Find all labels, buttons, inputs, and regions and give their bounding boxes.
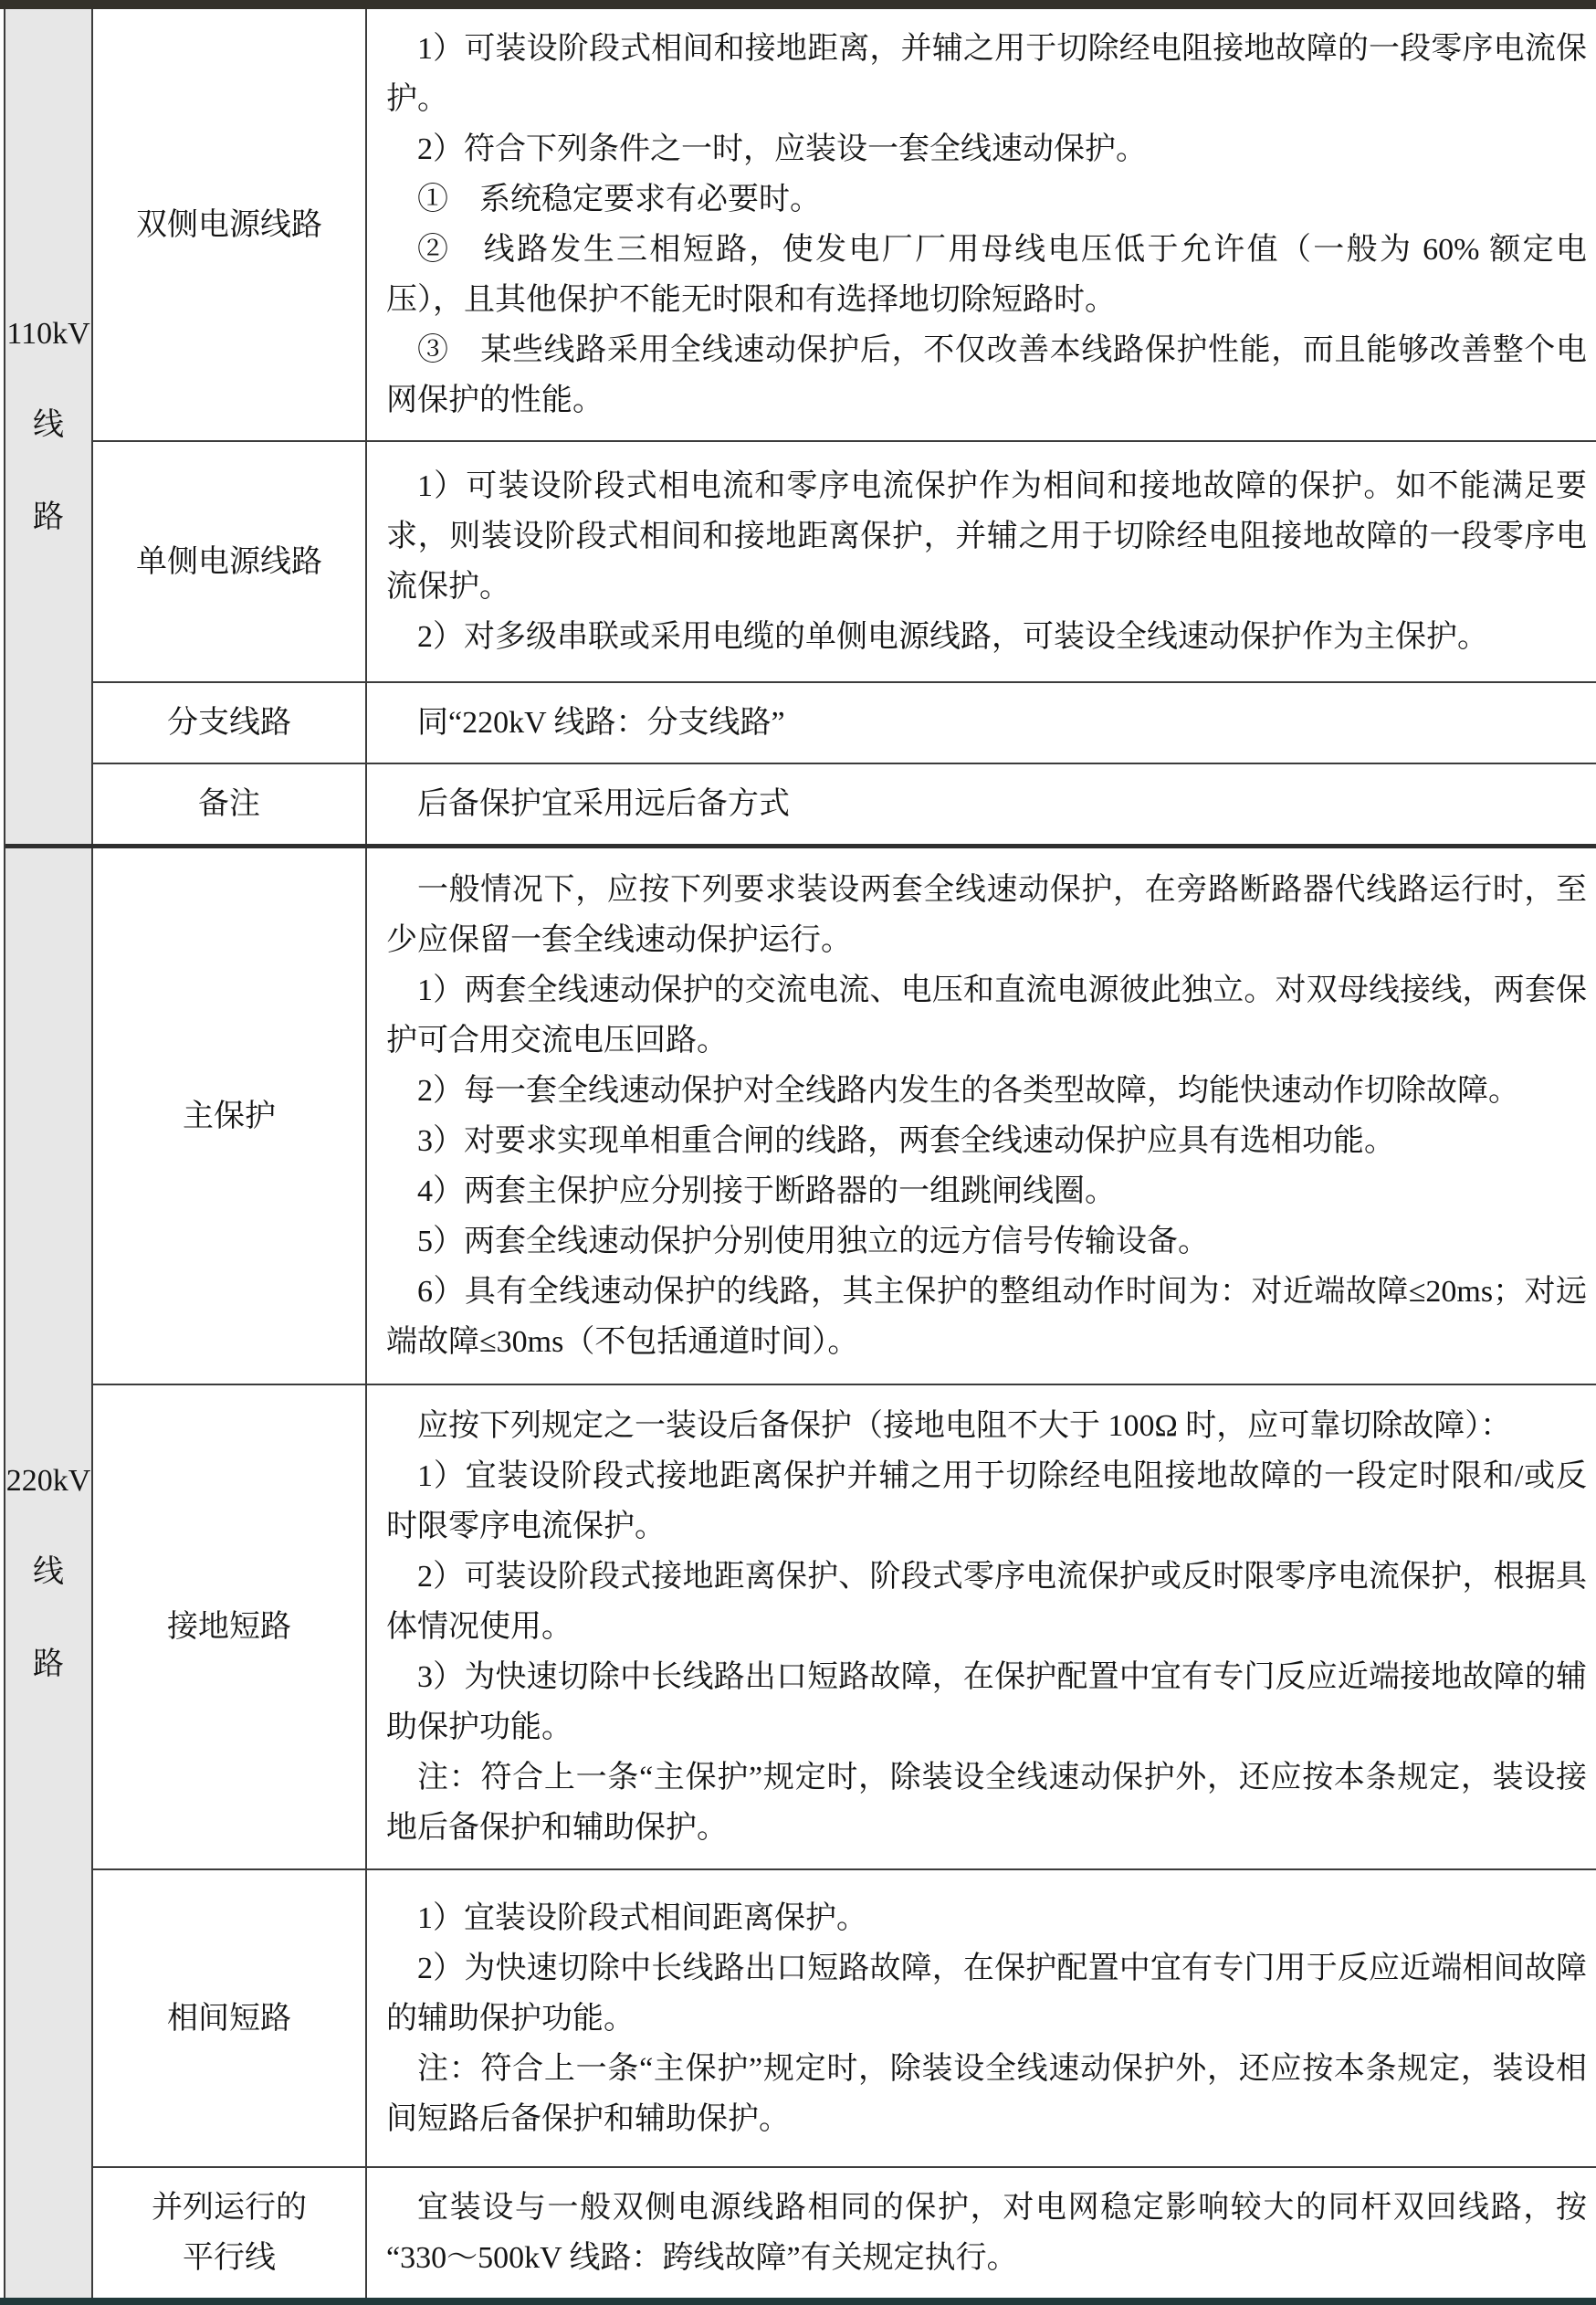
paragraph: 应按下列规定之一装设后备保护（接地电阻不大于 100Ω 时，应可靠切除故障）： <box>386 1401 1587 1451</box>
row-label-double-source-line: 双侧电源线路 <box>93 9 367 440</box>
section-110kv-lines: 110kV 线 路 双侧电源线路 1）可装设阶段式相间和接地距离，并辅之用于切除… <box>5 9 1596 844</box>
row-label-ground-fault: 接地短路 <box>93 1384 367 1868</box>
paragraph: ① 系统稳定要求有必要时。 <box>386 174 1587 225</box>
group-label-line: 路 <box>33 491 64 536</box>
group-label-line: 路 <box>33 1638 64 1683</box>
paragraph: 3）为快速切除中长线路出口短路故障，在保护配置中宜有专门反应近端接地故障的辅助保… <box>386 1652 1587 1752</box>
row-label-text: 单侧电源线路 <box>136 537 322 587</box>
row-content-single-source-line: 1）可装设阶段式相电流和零序电流保护作为相间和接地故障的保护。如不能满足要求，则… <box>367 440 1596 681</box>
paragraph: 5）两套全线速动保护分别使用独立的远方信号传输设备。 <box>386 1216 1587 1267</box>
group-label-line: 线 <box>33 399 64 444</box>
paragraph: 3）对要求实现单相重合闸的线路，两套全线速动保护应具有选相功能。 <box>386 1116 1587 1166</box>
paragraph: 1）可装设阶段式相间和接地距离，并辅之用于切除经电阻接地故障的一段零序电流保护。 <box>386 24 1587 124</box>
paragraph: 2）符合下列条件之一时，应装设一套全线速动保护。 <box>386 124 1587 174</box>
row-content-branch-line: 同“220kV 线路：分支线路” <box>367 681 1596 763</box>
row-label-phase-fault: 相间短路 <box>93 1868 367 2166</box>
paragraph: 2）可装设阶段式接地距离保护、阶段式零序电流保护或反时限零序电流保护，根据具体情… <box>386 1552 1587 1652</box>
paragraph: 1）两套全线速动保护的交流电流、电压和直流电源彼此独立。对双母线接线，两套保护可… <box>386 965 1587 1066</box>
row-label-text: 相间短路 <box>167 1994 291 2044</box>
row-label-text: 平行线 <box>183 2233 276 2283</box>
paragraph: 一般情况下，应按下列要求装设两套全线速动保护，在旁路断路器代线路运行时，至少应保… <box>386 865 1587 965</box>
paragraph: 2）每一套全线速动保护对全线路内发生的各类型故障，均能快速动作切除故障。 <box>386 1066 1587 1116</box>
group-label-line: 110kV <box>6 317 89 352</box>
paragraph: 4）两套主保护应分别接于断路器的一组跳闸线圈。 <box>386 1166 1587 1216</box>
row-content-phase-fault: 1）宜装设阶段式相间距离保护。 2）为快速切除中长线路出口短路故障，在保护配置中… <box>367 1868 1596 2166</box>
row-content-remarks: 后备保护宜采用远后备方式 <box>367 763 1596 844</box>
paragraph: 1）可装设阶段式相电流和零序电流保护作为相间和接地故障的保护。如不能满足要求，则… <box>386 461 1587 612</box>
paragraph: ② 线路发生三相短路，使发电厂厂用母线电压低于允许值（一般为 60% 额定电压）… <box>386 225 1587 325</box>
paragraph: 注：符合上一条“主保护”规定时，除装设全线速动保护外，还应按本条规定，装设相间短… <box>386 2044 1587 2144</box>
top-crop-band <box>0 0 1596 9</box>
paragraph: 2）对多级串联或采用电缆的单侧电源线路，可装设全线速动保护作为主保护。 <box>386 612 1587 662</box>
row-label-text: 双侧电源线路 <box>136 200 322 250</box>
document-page: 110kV 线 路 双侧电源线路 1）可装设阶段式相间和接地距离，并辅之用于切除… <box>0 0 1596 2305</box>
group-label-line: 220kV <box>6 1464 91 1499</box>
paragraph: 1）宜装设阶段式相间距离保护。 <box>386 1893 1587 1943</box>
row-label-text: 并列运行的 <box>152 2183 307 2233</box>
paragraph: 2）为快速切除中长线路出口短路故障，在保护配置中宜有专门用于反应近端相间故障的辅… <box>386 1943 1587 2044</box>
paragraph: ③ 某些线路采用全线速动保护后，不仅改善本线路保护性能，而且能够改善整个电网保护… <box>386 325 1587 426</box>
row-label-main-protection: 主保护 <box>93 848 367 1384</box>
row-label-remarks: 备注 <box>93 763 367 844</box>
paragraph: 后备保护宜采用远后备方式 <box>386 779 1587 829</box>
paragraph: 同“220kV 线路：分支线路” <box>386 698 1587 748</box>
paragraph: 6）具有全线速动保护的线路，其主保护的整组动作时间为：对近端故障≤20ms；对远… <box>386 1267 1587 1367</box>
row-label-branch-line: 分支线路 <box>93 681 367 763</box>
group-label-220kv: 220kV 线 路 <box>5 848 93 2298</box>
paragraph: 宜装设与一般双侧电源线路相同的保护，对电网稳定影响较大的同杆双回线路，按“330… <box>386 2183 1587 2283</box>
row-label-text: 备注 <box>198 779 260 829</box>
row-label-single-source-line: 单侧电源线路 <box>93 440 367 681</box>
bottom-crop-band <box>0 2298 1596 2305</box>
row-content-ground-fault: 应按下列规定之一装设后备保护（接地电阻不大于 100Ω 时，应可靠切除故障）： … <box>367 1384 1596 1868</box>
row-label-parallel-lines: 并列运行的 平行线 <box>93 2166 367 2298</box>
row-label-text: 主保护 <box>183 1091 276 1142</box>
row-content-main-protection: 一般情况下，应按下列要求装设两套全线速动保护，在旁路断路器代线路运行时，至少应保… <box>367 848 1596 1384</box>
row-label-text: 分支线路 <box>167 698 291 748</box>
row-content-parallel-lines: 宜装设与一般双侧电源线路相同的保护，对电网稳定影响较大的同杆双回线路，按“330… <box>367 2166 1596 2298</box>
paragraph: 1）宜装设阶段式接地距离保护并辅之用于切除经电阻接地故障的一段定时限和/或反时限… <box>386 1451 1587 1552</box>
group-label-110kv: 110kV 线 路 <box>5 9 93 844</box>
section-220kv-lines: 220kV 线 路 主保护 一般情况下，应按下列要求装设两套全线速动保护，在旁路… <box>5 844 1596 2298</box>
group-label-line: 线 <box>33 1546 64 1591</box>
line-protection-table: 110kV 线 路 双侧电源线路 1）可装设阶段式相间和接地距离，并辅之用于切除… <box>4 9 1596 2298</box>
row-label-text: 接地短路 <box>167 1602 291 1652</box>
paragraph: 注：符合上一条“主保护”规定时，除装设全线速动保护外，还应按本条规定，装设接地后… <box>386 1752 1587 1853</box>
row-content-double-source-line: 1）可装设阶段式相间和接地距离，并辅之用于切除经电阻接地故障的一段零序电流保护。… <box>367 9 1596 440</box>
